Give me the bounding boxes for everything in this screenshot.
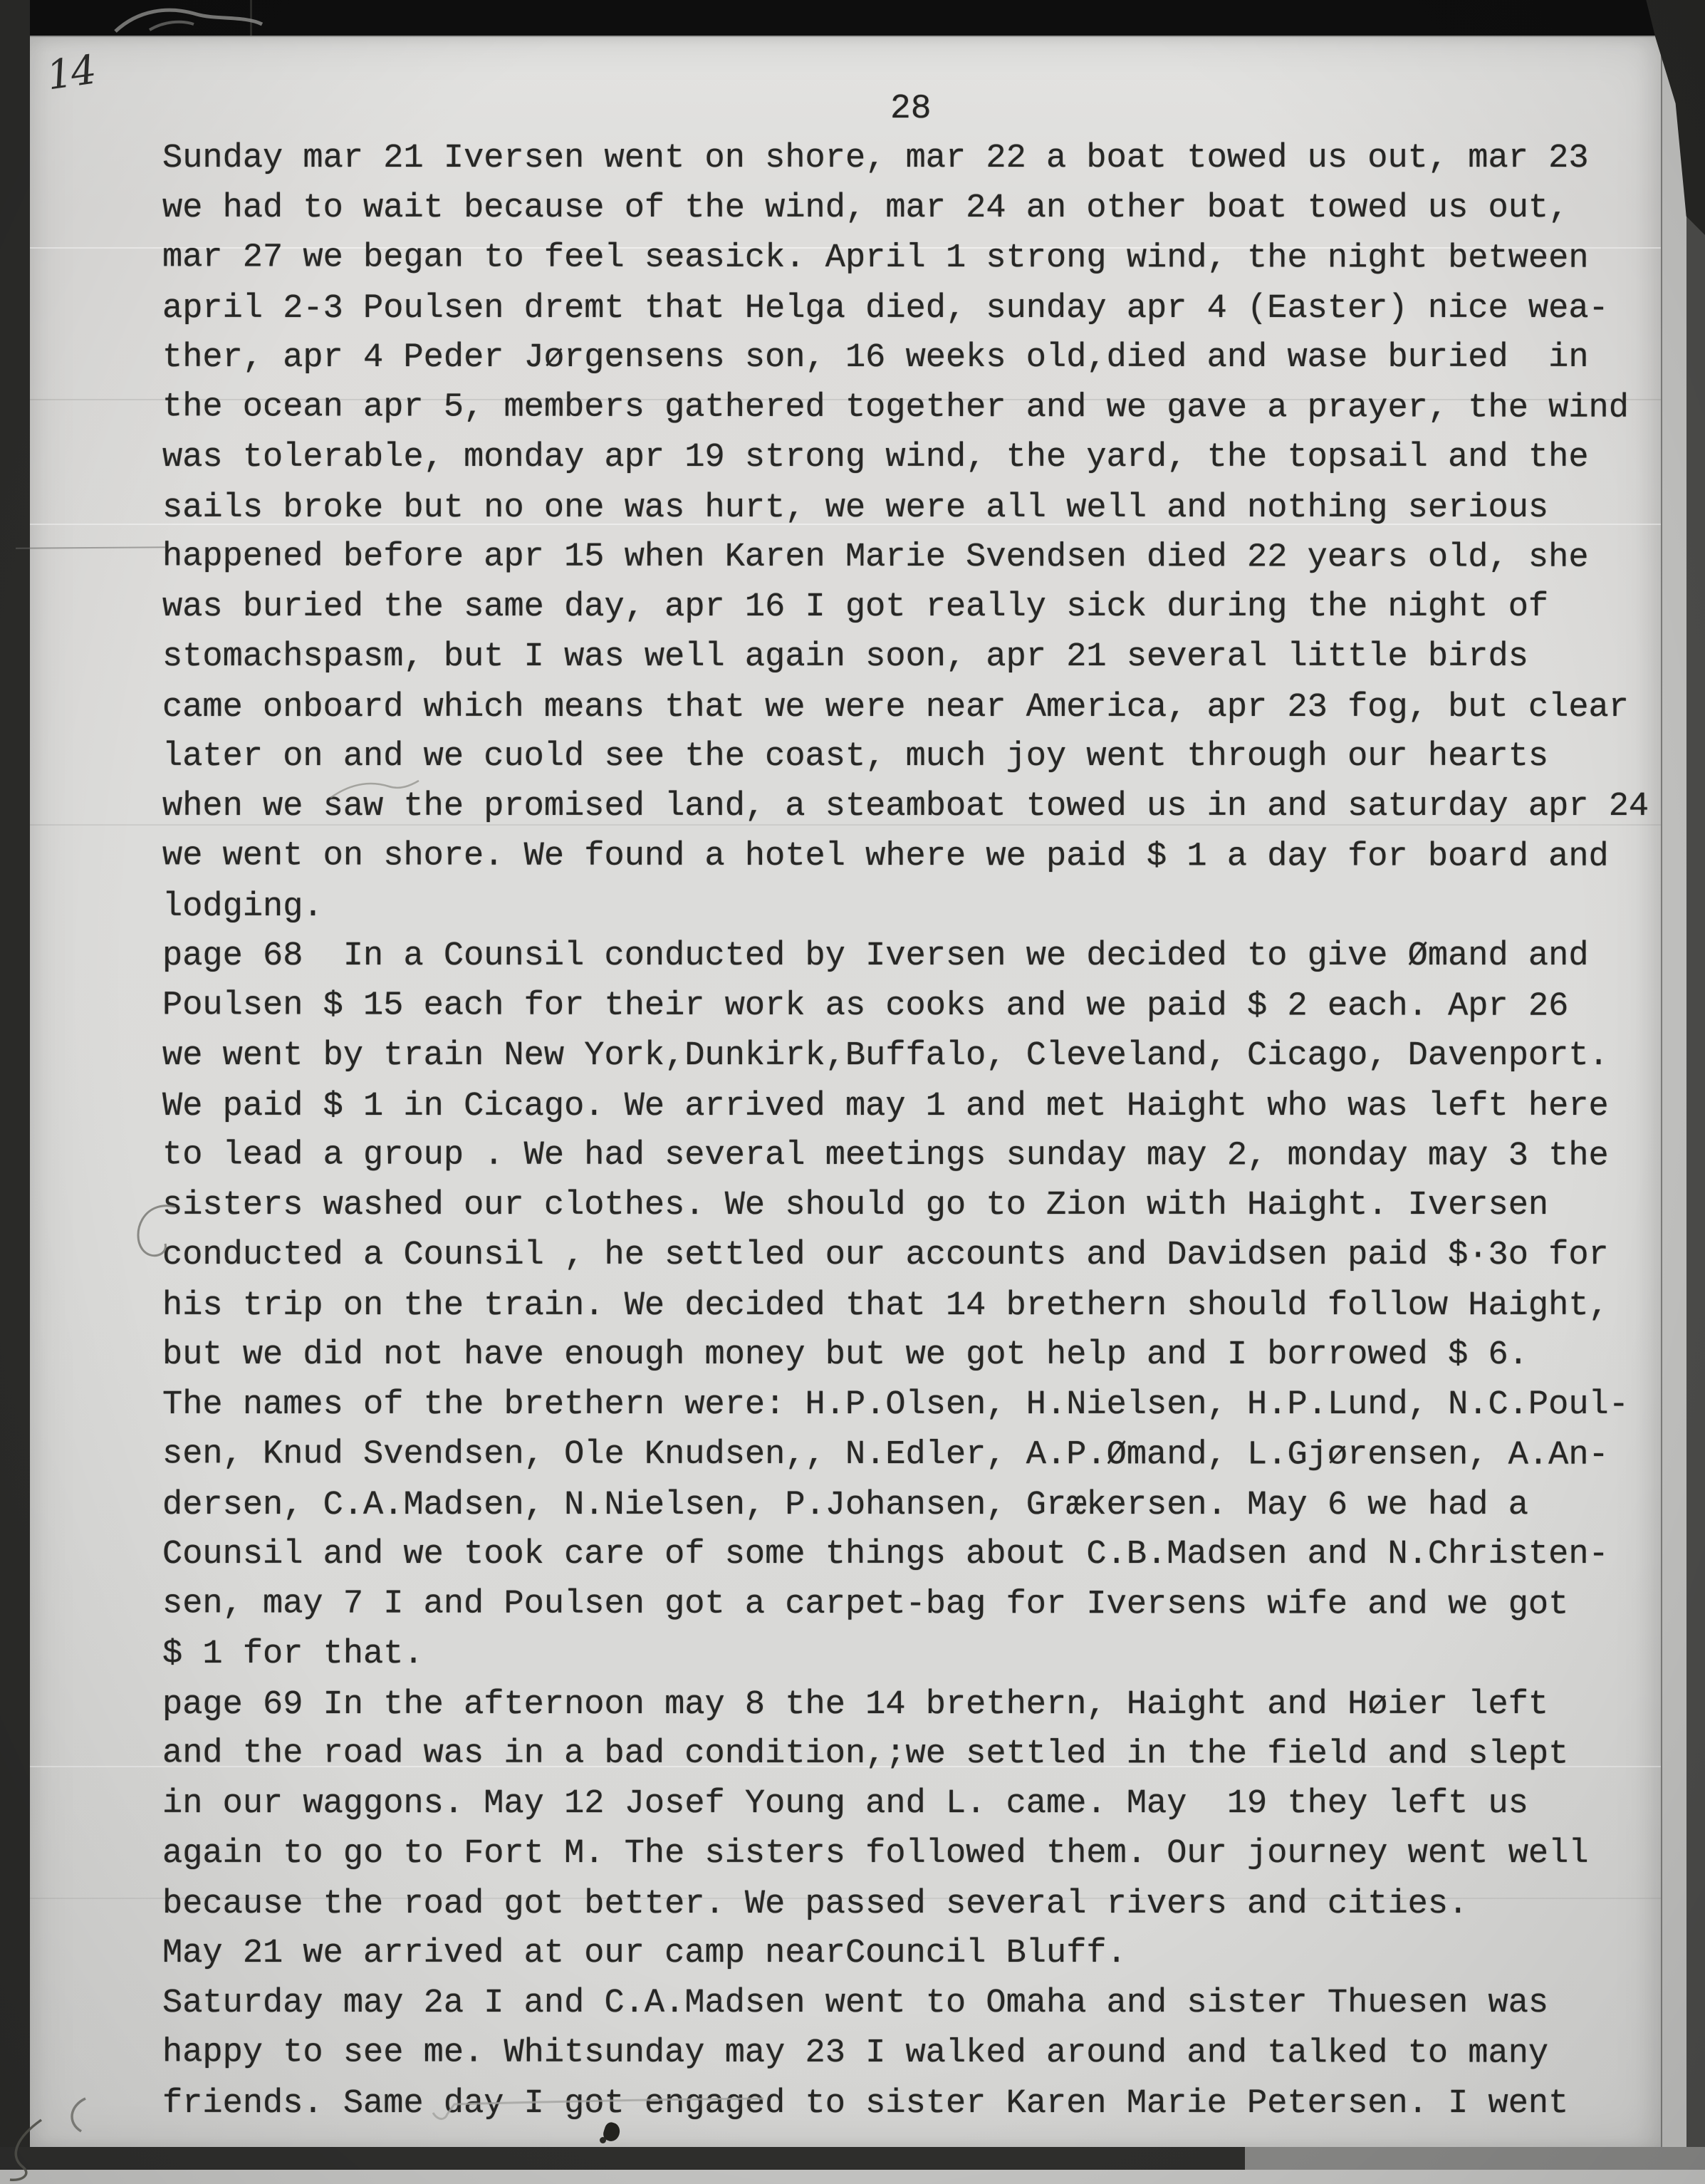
text-line: page 69 In the afternoon may 8 the 14 br… (162, 1680, 1665, 1730)
text-line: friends. Same day I got engaged to siste… (162, 2079, 1665, 2129)
handwritten-page-number: 14 (44, 47, 98, 100)
scanner-bed-left-band (0, 0, 30, 2173)
text-line: stomachspasm, but I was well again soon,… (162, 633, 1665, 682)
text-line: May 21 we arrived at our camp nearCounci… (162, 1929, 1665, 1979)
text-line: dersen, C.A.Madsen, N.Nielsen, P.Johanse… (162, 1481, 1665, 1531)
text-line: was buried the same day, apr 16 I got re… (162, 583, 1665, 633)
ink-blob-dot (600, 2137, 606, 2143)
text-line: april 2-3 Poulsen dremt that Helga died,… (162, 284, 1665, 334)
text-line: Saturday may 2a I and C.A.Madsen went to… (162, 1979, 1665, 2029)
text-line: the ocean apr 5, members gathered togeth… (162, 383, 1665, 433)
paper-sheet: 14 28 Sunday mar 21 Iversen went on shor… (30, 36, 1662, 2150)
pencil-curl-friends (64, 2097, 93, 2134)
scanner-bed-bottom-band (0, 2147, 1245, 2170)
text-line: Poulsen $ 15 each for their work as cook… (162, 981, 1665, 1031)
text-line: but we did not have enough money but we … (162, 1331, 1665, 1380)
page-number: 28 (890, 90, 932, 128)
scanned-page: 14 28 Sunday mar 21 Iversen went on shor… (0, 0, 1705, 2184)
text-line: sen, Knud Svendsen, Ole Knudsen,, N.Edle… (162, 1430, 1665, 1480)
scanner-bed-top-band (0, 0, 1705, 36)
typewritten-text: Sunday mar 21 Iversen went on shore, mar… (162, 134, 1665, 2128)
text-line: Sunday mar 21 Iversen went on shore, mar… (162, 134, 1665, 184)
text-line: came onboard which means that we were ne… (162, 683, 1665, 733)
text-line: and the road was in a bad condition,;we … (162, 1729, 1665, 1779)
text-line: lodging. (162, 883, 1665, 932)
text-line: We paid $ 1 in Cicago. We arrived may 1 … (162, 1082, 1665, 1132)
text-line: later on and we cuold see the coast, muc… (162, 732, 1665, 782)
text-line: in our waggons. May 12 Josef Young and L… (162, 1779, 1665, 1829)
text-line: page 68 In a Counsil conducted by Iverse… (162, 932, 1665, 982)
text-line: we went by train New York,Dunkirk,Buffal… (162, 1031, 1665, 1081)
text-line: sails broke but no one was hurt, we were… (162, 484, 1665, 534)
text-line: ther, apr 4 Peder Jørgensens son, 16 wee… (162, 333, 1665, 383)
text-line: again to go to Fort M. The sisters follo… (162, 1829, 1665, 1879)
text-line: happy to see me. Whitsunday may 23 I wal… (162, 2028, 1665, 2079)
text-line: sisters washed our clothes. We should go… (162, 1181, 1665, 1231)
text-line: we went on shore. We found a hotel where… (162, 831, 1665, 882)
text-line: conducted a Counsil , he settled our acc… (162, 1231, 1665, 1281)
text-line: because the road got better. We passed s… (162, 1880, 1665, 1930)
text-line: we had to wait because of the wind, mar … (162, 184, 1665, 234)
text-line: Counsil and we took care of some things … (162, 1530, 1665, 1580)
scanner-bed-bottom-band-right (1245, 2147, 1705, 2170)
text-line: The names of the brethern were: H.P.Olse… (162, 1380, 1665, 1430)
text-line: $ 1 for that. (162, 1630, 1665, 1680)
text-line: was tolerable, monday apr 19 strong wind… (162, 433, 1665, 483)
text-line: sen, may 7 I and Poulsen got a carpet-ba… (162, 1579, 1665, 1630)
text-line: to lead a group . We had several meeting… (162, 1130, 1665, 1181)
text-line: happened before apr 15 when Karen Marie … (162, 532, 1665, 583)
scanner-bed-right-gutter (1662, 33, 1686, 2151)
scanner-bed-bottom-light-strip (0, 2170, 1705, 2184)
pencil-dash (16, 546, 165, 548)
text-line: his trip on the train. We decided that 1… (162, 1281, 1665, 1331)
text-line: when we saw the promised land, a steambo… (162, 782, 1665, 832)
text-line: mar 27 we began to feel seasick. April 1… (162, 233, 1665, 284)
